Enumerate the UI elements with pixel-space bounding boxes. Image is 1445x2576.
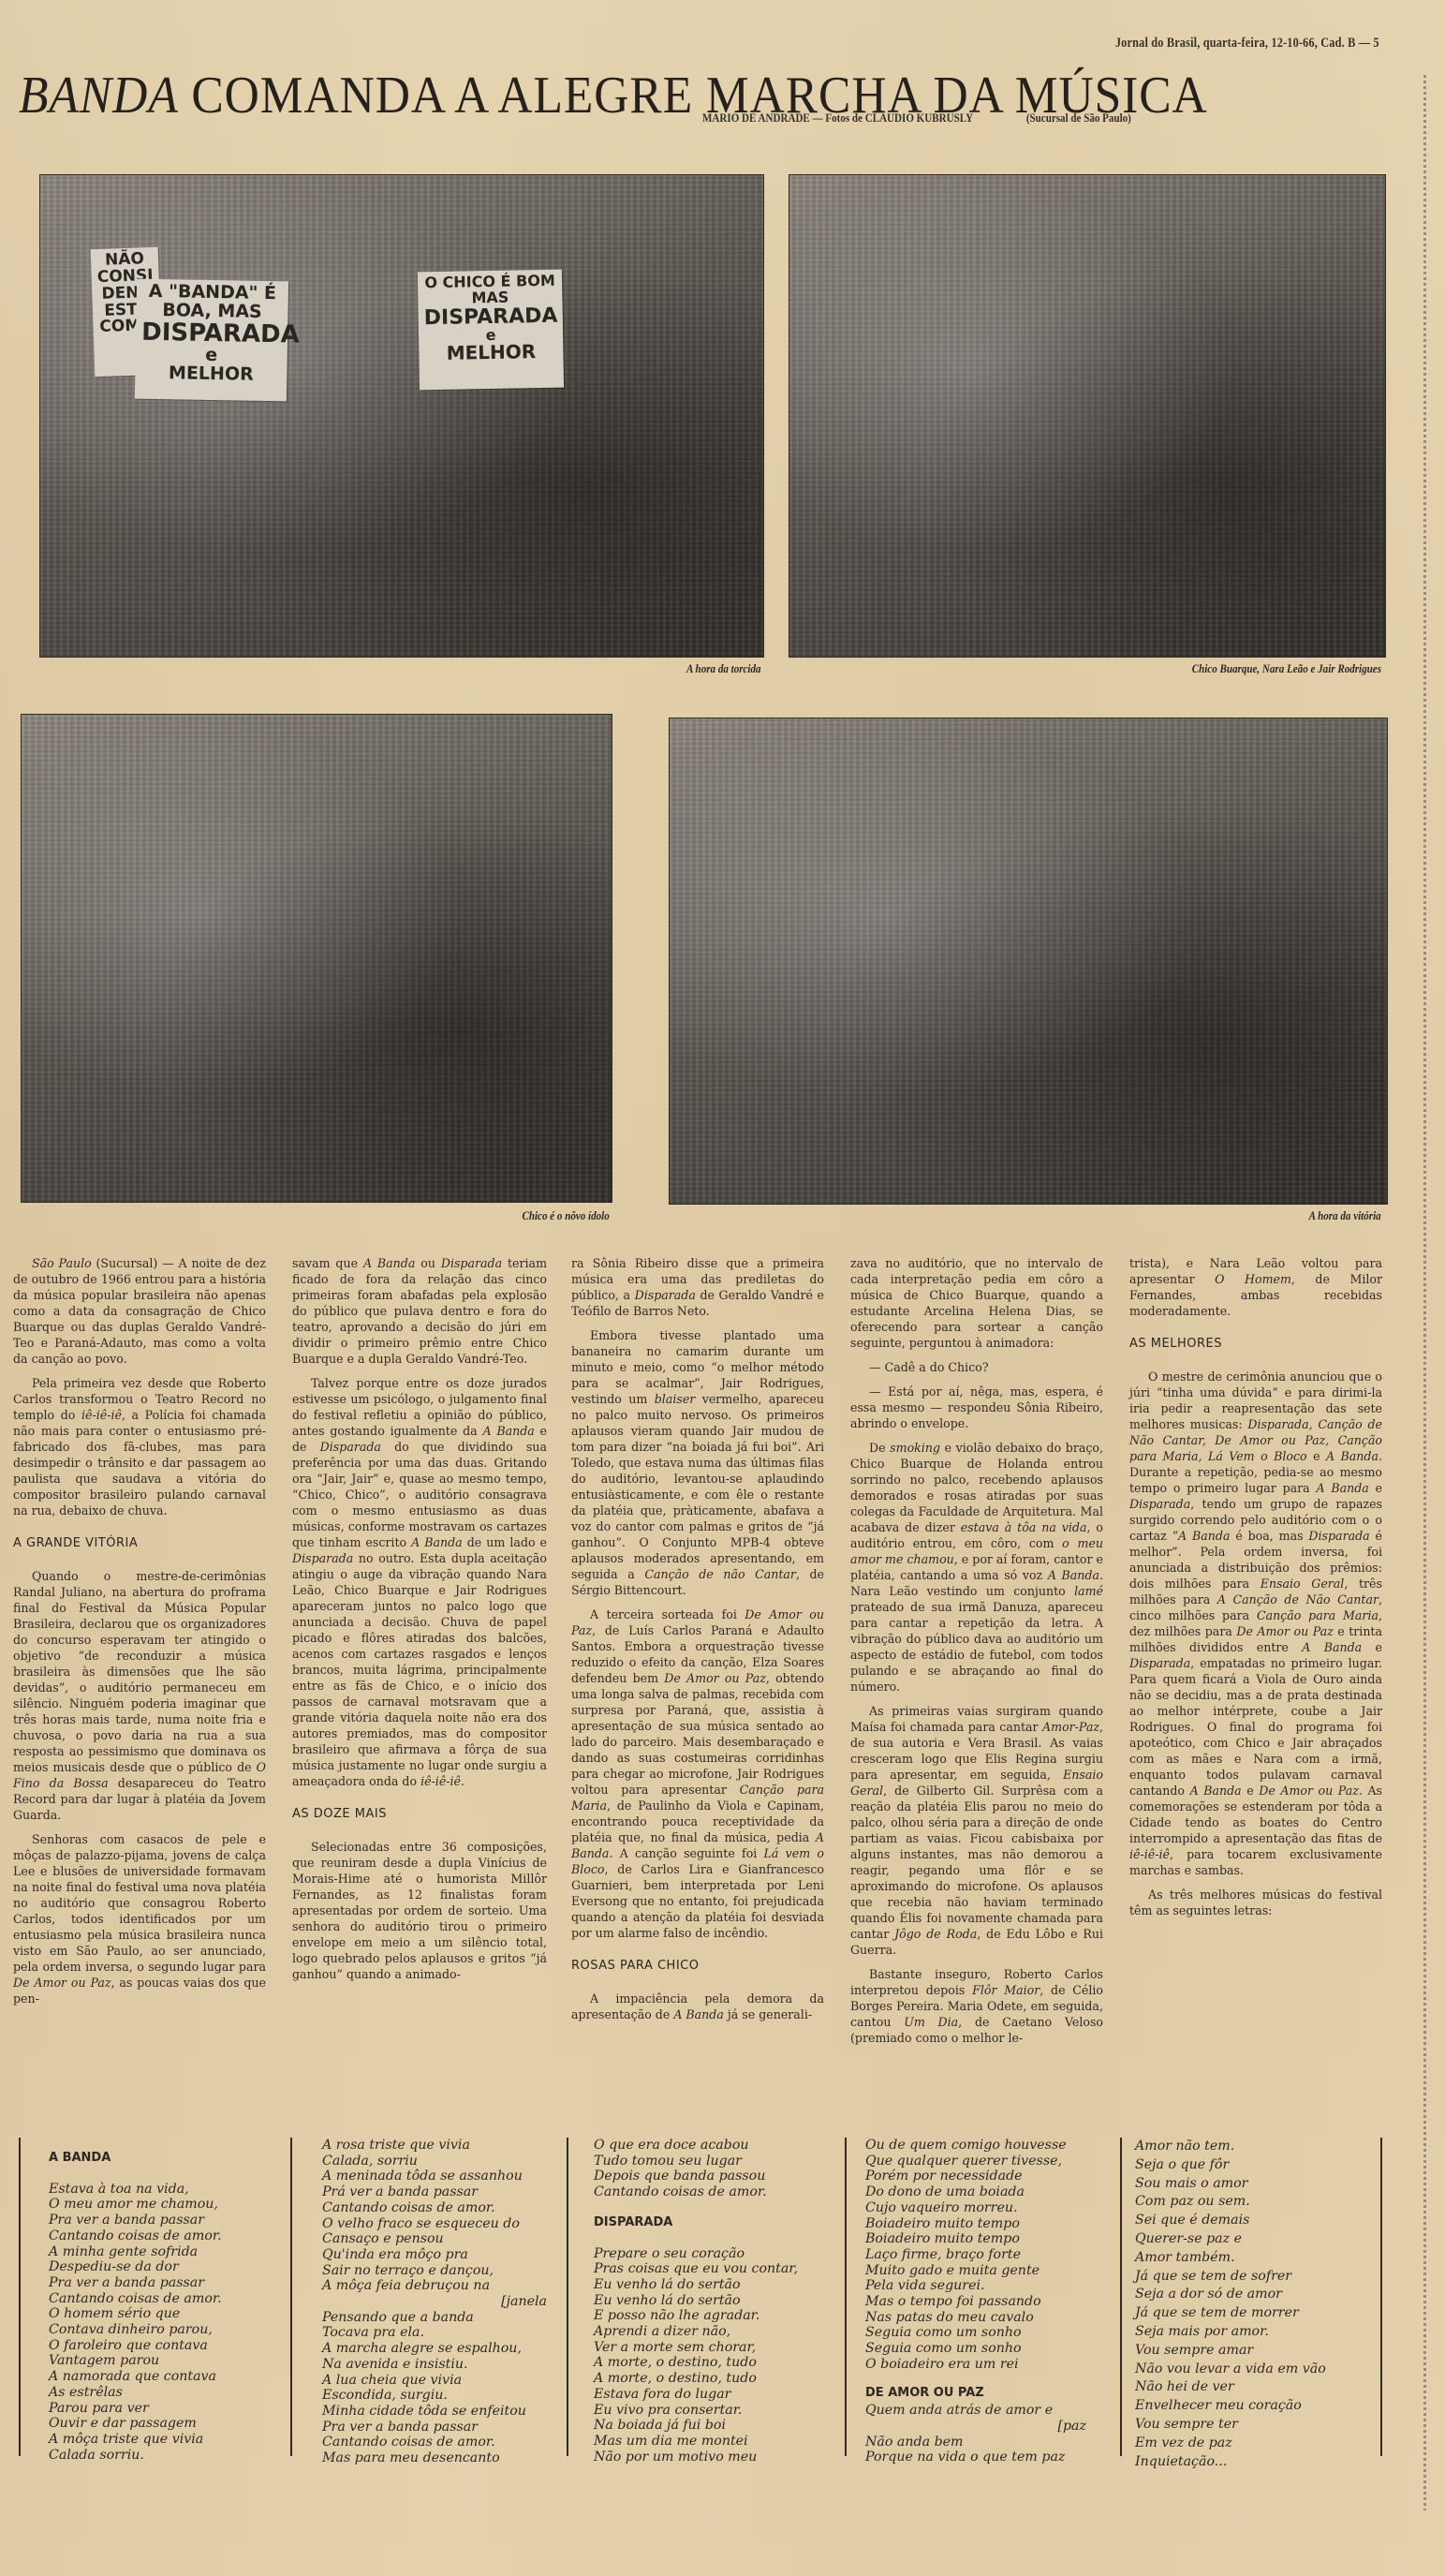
lyric-line: Contava dinheiro parou, xyxy=(49,2322,283,2338)
lyric-line: Laço firme, braço forte xyxy=(865,2247,1086,2263)
caption-hora-vitoria: A hora da vitória xyxy=(1309,1208,1381,1223)
article-paragraph: Embora tivesse plantado uma bananeira no… xyxy=(571,1327,824,1598)
lyrics-a-banda-part-1: A BANDA Estava à toa na vida,O meu amor … xyxy=(49,2151,283,2463)
section-heading: A GRANDE VITÓRIA xyxy=(13,1535,266,1551)
article-paragraph: Talvez porque entre os doze jurados esti… xyxy=(292,1375,547,1789)
lyric-line: Em vez de paz xyxy=(1135,2435,1369,2453)
lyric-line: A lua cheia que vivia xyxy=(322,2373,547,2389)
lyric-line: Cansaço e pensou xyxy=(322,2231,547,2247)
article-paragraph: Selecionadas entre 36 composições, que r… xyxy=(292,1839,547,1982)
lyric-line: A marcha alegre se espalhou, xyxy=(322,2341,547,2357)
article-paragraph: savam que A Banda ou Disparada teriam fi… xyxy=(292,1255,547,1367)
lyric-line: Sei que é demais xyxy=(1135,2212,1369,2230)
lyrics-rule-5 xyxy=(1120,2138,1122,2456)
lyric-line: Já que se tem de sofrer xyxy=(1135,2268,1369,2287)
lyrics-title-a-banda: A BANDA xyxy=(49,2151,283,2167)
photo-chico-idolo xyxy=(21,714,612,1203)
lyric-line: Cantando coisas de amor. xyxy=(322,2435,547,2450)
headline-italic: BANDA xyxy=(19,67,179,125)
lyrics-a-banda-part-2: A rosa triste que viviaCalada, sorriuA m… xyxy=(322,2138,547,2466)
lyric-line: O boiadeiro era um rei xyxy=(865,2357,1086,2373)
lyric-line: Cantando coisas de amor. xyxy=(322,2200,547,2216)
lyric-line: A rosa triste que vivia xyxy=(322,2138,547,2154)
lyric-line: As estrêlas xyxy=(49,2385,283,2401)
lyric-line: O faroleiro que contava xyxy=(49,2338,283,2354)
lyric-line: Seja a dor só de amor xyxy=(1135,2286,1369,2304)
caption-chico-idolo: Chico é o nôvo ídolo xyxy=(523,1208,610,1223)
lyric-line: Eu venho lá do sertão xyxy=(594,2277,818,2293)
article-column-4: zava no auditório, que no intervalo de c… xyxy=(850,1255,1103,2054)
lyric-line: Calada sorriu. xyxy=(49,2448,283,2464)
lyric-line: O que era doce acabou xyxy=(594,2138,818,2154)
lyric-line: E posso não lhe agradar. xyxy=(594,2308,818,2324)
lyric-line: Porque na vida o que tem paz xyxy=(865,2450,1086,2465)
lyric-line: Prepare o seu coração xyxy=(594,2246,818,2262)
lyric-line: Calada, sorriu xyxy=(322,2154,547,2169)
lyric-line: O meu amor me chamou, xyxy=(49,2197,283,2213)
article-paragraph: O mestre de cerimônia anunciou que o júr… xyxy=(1129,1369,1382,1878)
lyric-line: Depois que banda passou xyxy=(594,2169,818,2184)
lyric-line: Escondida, surgiu. xyxy=(322,2388,547,2404)
lyric-line: Ouvir e dar passagem xyxy=(49,2416,283,2432)
lyric-line: Com paz ou sem. xyxy=(1135,2193,1369,2212)
lyric-line: Ver a morte sem chorar, xyxy=(594,2340,818,2356)
article-paragraph: Pela primeira vez desde que Roberto Carl… xyxy=(13,1375,266,1518)
lyric-line: Pra ver a banda passar xyxy=(322,2420,547,2435)
lyric-line: Sair no terraço e dançou, xyxy=(322,2263,547,2279)
lyric-line: Ou de quem comigo houvesse xyxy=(865,2138,1086,2154)
lyric-line: Prá ver a banda passar xyxy=(322,2184,547,2200)
lyric-line: Estava fora do lugar xyxy=(594,2387,818,2403)
caption-chico-nara-jair: Chico Buarque, Nara Leão e Jair Rodrigue… xyxy=(1192,661,1381,676)
lyric-line: Mas para meu desencanto xyxy=(322,2450,547,2466)
lyric-line: Inquietação... xyxy=(1135,2453,1369,2472)
lyric-line: Não por um motivo meu xyxy=(594,2450,818,2465)
lyric-line: Querer-se paz e xyxy=(1135,2230,1369,2249)
lyric-line: Vantagem parou xyxy=(49,2353,283,2369)
lyrics-rule-3 xyxy=(567,2138,568,2456)
article-paragraph: Quando o mestre-de-cerimônias Randal Jul… xyxy=(13,1568,266,1823)
lyric-line: A minha gente sofrida xyxy=(49,2244,283,2260)
photo-torcida: NÃOCONSIDENTESTÃCOMO A "BANDA" ÉBOA, MAS… xyxy=(39,174,764,658)
article-paragraph: zava no auditório, que no intervalo de c… xyxy=(850,1255,1103,1351)
article-paragraph: trista), e Nara Leão voltou para apresen… xyxy=(1129,1255,1382,1319)
lyric-line: Pra ver a banda passar xyxy=(49,2275,283,2291)
article-paragraph: Bastante inseguro, Roberto Carlos interp… xyxy=(850,1966,1103,2046)
bureau-label: (Sucursal de São Paulo) xyxy=(1026,111,1131,125)
article-paragraph: A terceira sorteada foi De Amor ou Paz, … xyxy=(571,1606,824,1941)
lyric-line: Sou mais o amor xyxy=(1135,2175,1369,2194)
lyric-line: A môça feia debruçou na xyxy=(322,2278,547,2294)
lyric-line: Na boiada já fui boi xyxy=(594,2418,818,2434)
lyric-line: Aprendi a dizer não, xyxy=(594,2324,818,2340)
section-heading: AS MELHORES xyxy=(1129,1336,1382,1352)
lyric-line: Nas patas do meu cavalo xyxy=(865,2310,1086,2326)
lyric-line: A môça triste que vivia xyxy=(49,2432,283,2448)
page-edge xyxy=(1423,75,1426,2510)
lyric-line: Tocava pra ela. xyxy=(322,2325,547,2341)
byline-author: MARIO DE ANDRADE — Fotos de CLAUDIO KUBR… xyxy=(702,111,973,125)
lyrics-disparada-cont: Ou de quem comigo houvesseQue qualquer q… xyxy=(865,2138,1086,2465)
article-paragraph: As primeiras vaias surgiram quando Maísa… xyxy=(850,1703,1103,1958)
placard-banda-boa: A "BANDA" ÉBOA, MASDISPARADAeMELHOR xyxy=(135,279,288,402)
lyric-line: Que qualquer querer tivesse, xyxy=(865,2154,1086,2169)
article-paragraph: De smoking e violão debaixo do braço, Ch… xyxy=(850,1440,1103,1695)
lyrics-rule-1 xyxy=(19,2138,21,2456)
lyric-line: Minha cidade tôda se enfeitou xyxy=(322,2404,547,2420)
lyric-line: O velho fraco se esqueceu do xyxy=(322,2216,547,2232)
lyric-line: Muito gado e muita gente xyxy=(865,2263,1086,2279)
lyric-line: Seja o que fôr xyxy=(1135,2156,1369,2175)
lyrics-title-de-amor-ou-paz: DE AMOR OU PAZ xyxy=(865,2386,1086,2402)
page-folio: Jornal do Brasil, quarta-feira, 12-10-66… xyxy=(1115,36,1379,52)
article-column-2: savam que A Banda ou Disparada teriam fi… xyxy=(292,1255,547,1991)
lyric-line: Mas o tempo foi passando xyxy=(865,2294,1086,2310)
lyric-line: Porém por necessidade xyxy=(865,2169,1086,2184)
article-paragraph: São Paulo (Sucursal) — A noite de dez de… xyxy=(13,1255,266,1367)
lyrics-rule-4 xyxy=(845,2138,847,2456)
article-paragraph: As três melhores músicas do festival têm… xyxy=(1129,1887,1382,1918)
lyric-line: Pela vida segurei. xyxy=(865,2278,1086,2294)
lyric-line: Cantando coisas de amor. xyxy=(49,2228,283,2244)
lyrics-rule-2 xyxy=(290,2138,292,2456)
lyric-line: A morte, o destino, tudo xyxy=(594,2371,818,2387)
photo-hora-vitoria xyxy=(669,718,1388,1205)
lyric-line: Amor também. xyxy=(1135,2249,1369,2268)
article-column-1: São Paulo (Sucursal) — A noite de dez de… xyxy=(13,1255,266,2015)
photo-chico-nara-jair xyxy=(789,174,1386,658)
lyric-line: Já que se tem de morrer xyxy=(1135,2304,1369,2323)
lyric-line: [paz xyxy=(865,2419,1086,2435)
lyric-line: Eu venho lá do sertão xyxy=(594,2293,818,2309)
lyric-line: Cujo vaqueiro morreu. xyxy=(865,2200,1086,2216)
lyric-line: Na avenida e insistiu. xyxy=(322,2357,547,2373)
lyric-line: Mas um dia me montei xyxy=(594,2434,818,2450)
lyric-line: Parou para ver xyxy=(49,2401,283,2417)
article-paragraph: — Está por aí, nêga, mas, espera, é essa… xyxy=(850,1384,1103,1431)
lyric-line: Não vou levar a vida em vão xyxy=(1135,2361,1369,2379)
lyric-line: Boiadeiro muito tempo xyxy=(865,2216,1086,2232)
lyrics-disparada: O que era doce acabouTudo tomou seu luga… xyxy=(594,2138,818,2465)
lyric-line: Pras coisas que eu vou contar, xyxy=(594,2261,818,2277)
lyric-line: Cantando coisas de amor. xyxy=(49,2291,283,2307)
lyric-line: Seguia como um sonho xyxy=(865,2325,1086,2341)
article-paragraph: — Cadê a do Chico? xyxy=(850,1359,1103,1375)
lyric-line: Amor não tem. xyxy=(1135,2138,1369,2156)
lyric-line: A morte, o destino, tudo xyxy=(594,2355,818,2371)
lyric-line: Tudo tomou seu lugar xyxy=(594,2154,818,2169)
caption-torcida: A hora da torcida xyxy=(686,661,761,676)
lyrics-de-amor-ou-paz: Amor não tem.Seja o que fôrSou mais o am… xyxy=(1135,2138,1369,2471)
lyrics-rule-6 xyxy=(1380,2138,1382,2456)
lyric-line: Envelhecer meu coração xyxy=(1135,2397,1369,2416)
article-column-3: ra Sônia Ribeiro disse que a primeira mú… xyxy=(571,1255,824,2031)
lyric-line: Boiadeiro muito tempo xyxy=(865,2231,1086,2247)
lyrics-title-disparada: DISPARADA xyxy=(594,2215,818,2231)
section-heading: ROSAS PARA CHICO xyxy=(571,1958,824,1974)
lyric-line: Despediu-se da dor xyxy=(49,2259,283,2275)
byline: MARIO DE ANDRADE — Fotos de CLAUDIO KUBR… xyxy=(702,111,1131,126)
lyric-line: Pensando que a banda xyxy=(322,2310,547,2326)
lyric-line: Seja mais por amor. xyxy=(1135,2323,1369,2342)
lyric-line: Estava à toa na vida, xyxy=(49,2182,283,2198)
lyric-line: Não anda bem xyxy=(865,2435,1086,2450)
lyric-line: Vou sempre ter xyxy=(1135,2416,1369,2435)
lyric-line: Vou sempre amar xyxy=(1135,2342,1369,2361)
lyric-line: A meninada tôda se assanhou xyxy=(322,2169,547,2184)
lyric-line: Eu vivo pra consertar. xyxy=(594,2403,818,2419)
lyric-line: Pra ver a banda passar xyxy=(49,2213,283,2228)
section-heading: AS DOZE MAIS xyxy=(292,1806,547,1822)
lyric-line: [janela xyxy=(322,2294,547,2310)
lyric-line: Cantando coisas de amor. xyxy=(594,2184,818,2200)
lyric-line: Seguia como um sonho xyxy=(865,2341,1086,2357)
article-paragraph: ra Sônia Ribeiro disse que a primeira mú… xyxy=(571,1255,824,1319)
article-paragraph: A impaciência pela demora da apresentaçã… xyxy=(571,1991,824,2022)
lyric-line: Não hei de ver xyxy=(1135,2378,1369,2397)
lyric-line: Qu'inda era môço pra xyxy=(322,2247,547,2263)
lyric-line: Quem anda atrás de amor e xyxy=(865,2403,1086,2419)
placard-chico-bom: O CHICO É BOMMASDISPARADAeMELHOR xyxy=(418,270,564,391)
lyric-line: Do dono de uma boiada xyxy=(865,2184,1086,2200)
lyric-line: O homem sério que xyxy=(49,2306,283,2322)
lyric-line: A namorada que contava xyxy=(49,2369,283,2385)
article-column-5: trista), e Nara Leão voltou para apresen… xyxy=(1129,1255,1382,1927)
article-paragraph: Senhoras com casacos de pele e môças de … xyxy=(13,1831,266,2006)
